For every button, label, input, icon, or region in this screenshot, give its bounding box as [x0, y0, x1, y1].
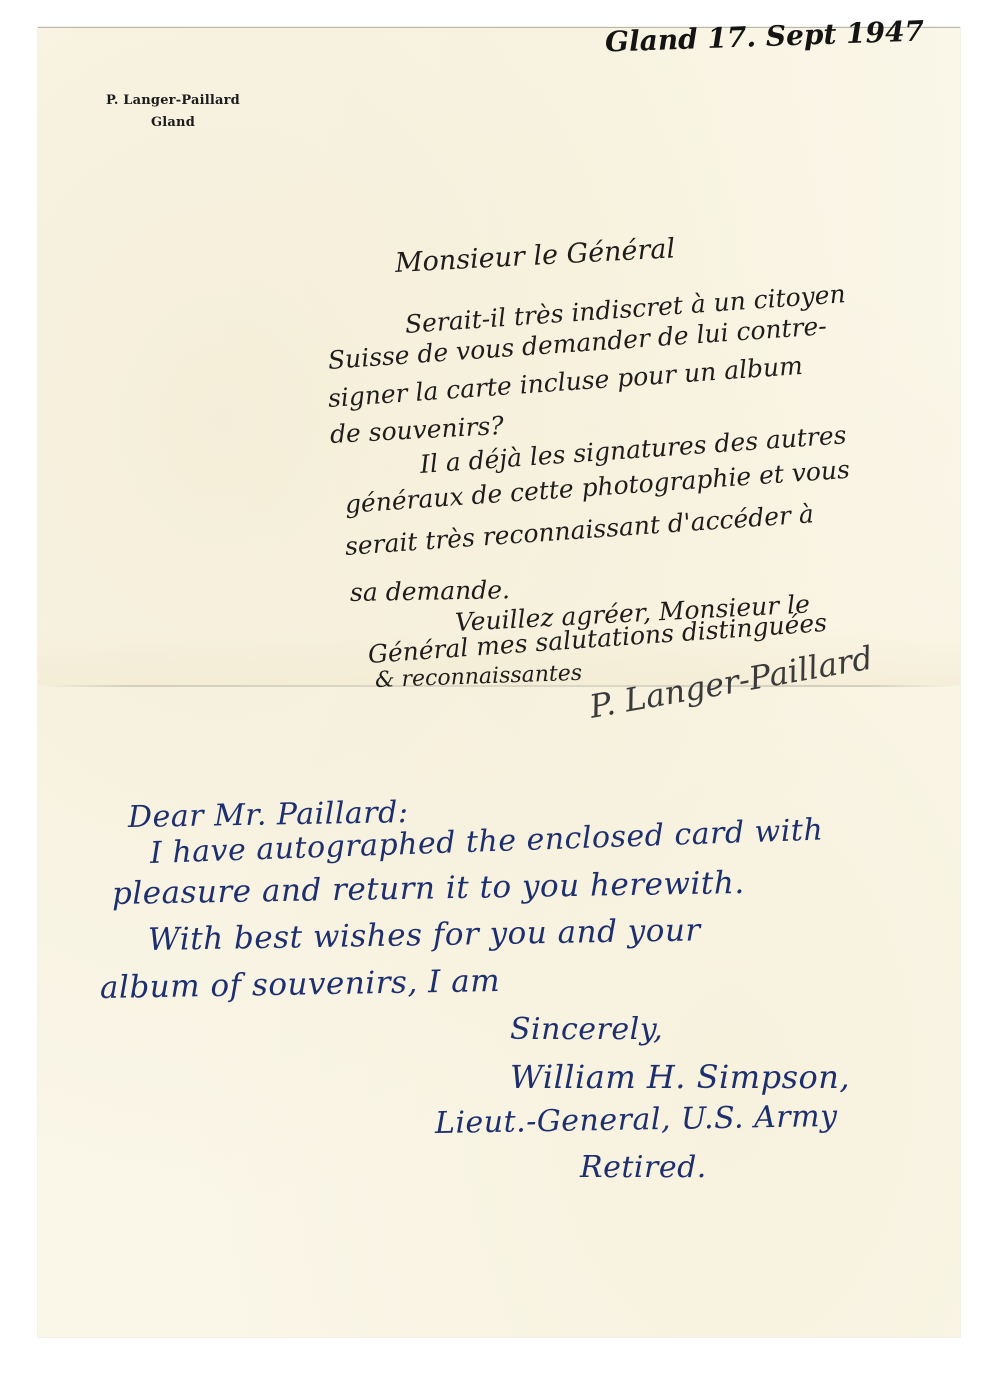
letterhead: P. Langer-Paillard Gland: [78, 90, 268, 134]
letterhead-place: Gland: [78, 112, 268, 134]
reply-closing: Sincerely,: [510, 1012, 663, 1047]
letter-line: sa demande.: [350, 575, 510, 607]
reply-signature-william-h-simpson: William H. Simpson,: [510, 1058, 850, 1096]
reply-status: Retired.: [580, 1150, 707, 1185]
reply-title: Lieut.-General, U.S. Army: [435, 1099, 838, 1141]
letterhead-name: P. Langer-Paillard: [78, 90, 268, 112]
reply-line: album of souvenirs, I am: [100, 963, 501, 1006]
